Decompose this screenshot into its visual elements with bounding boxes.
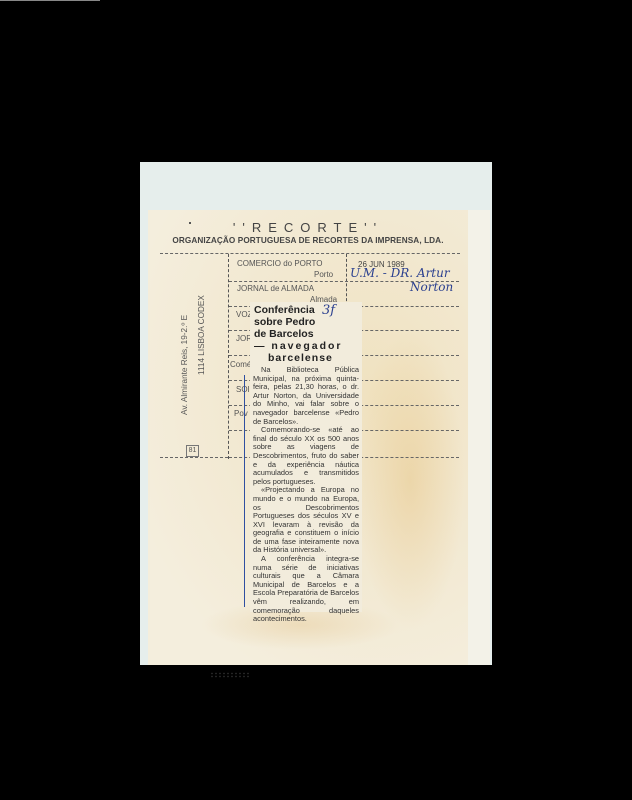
publication-name: Pov (234, 409, 248, 418)
handwritten-name: Norton (410, 280, 453, 294)
table-mid-border (346, 254, 347, 306)
publication-name: Comé (230, 360, 251, 369)
header-rule (160, 253, 460, 254)
address-line-2: 1114 LISBOA CODEX (197, 295, 206, 375)
agency-subtitle: ORGANIZAÇÃO PORTUGUESA DE RECORTES DA IM… (148, 236, 468, 245)
headline-line: de Barcelos (254, 329, 314, 340)
headline-line: — navegador (254, 341, 343, 352)
sidebar-bottom-rule (160, 457, 228, 458)
headline-line: sobre Pedro (254, 317, 315, 328)
paper-stain (355, 330, 465, 630)
card-right-margin (468, 210, 490, 665)
headline-line: Conferência (254, 305, 315, 316)
blue-pen-margin-line (244, 375, 245, 607)
publication-name: COMERCIO do PORTO (237, 259, 323, 268)
handwritten-code: 3f (322, 303, 335, 318)
table-left-border (228, 254, 229, 459)
agency-title: ''RECORTE'' (148, 220, 468, 235)
publication-location: Porto (314, 270, 333, 279)
publication-name: JORNAL de ALMADA (237, 284, 314, 293)
scan-edge-line (0, 0, 100, 1)
handwritten-note: U.M. - DR. Artur (350, 266, 450, 280)
article-paragraph: «Projectando a Europa no mundo e o mundo… (253, 486, 359, 555)
article-paragraph: Na Biblioteca Pública Municipal, na próx… (253, 366, 359, 426)
headline-line: barcelense (268, 353, 333, 364)
article-paragraph: A conferência integra-se numa série de i… (253, 555, 359, 624)
scan-noise (210, 672, 250, 678)
publication-name: SOI (236, 385, 250, 394)
box-number: 81 (186, 445, 199, 457)
address-line-1: Av. Almirante Reis, 19-2.º E (180, 315, 189, 415)
article-paragraph: Comemorando-se «até ao final do século X… (253, 426, 359, 486)
article-body: Na Biblioteca Pública Municipal, na próx… (253, 366, 359, 624)
